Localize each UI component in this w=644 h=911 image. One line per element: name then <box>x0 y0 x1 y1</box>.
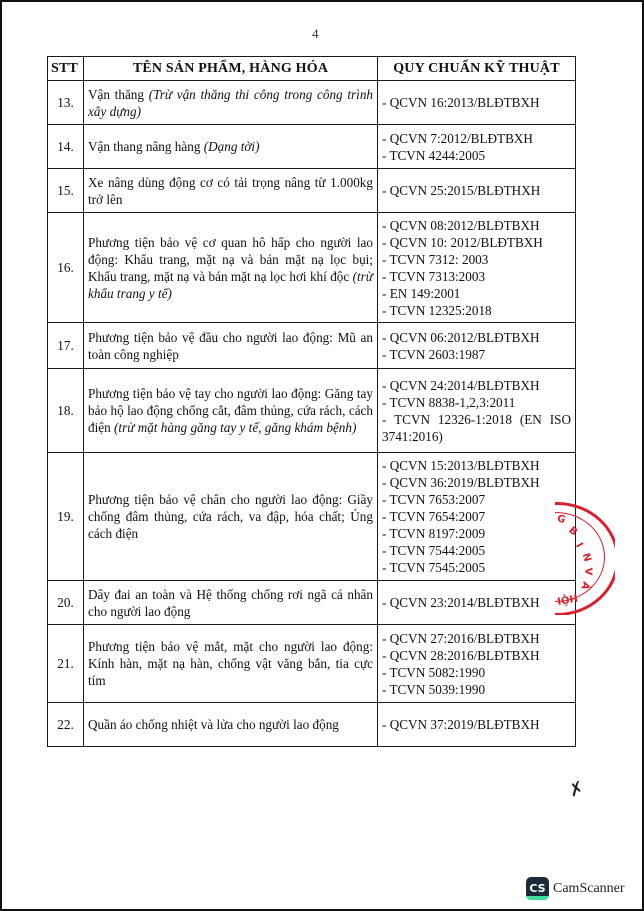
standard-code: - QCVN 08:2012/BLĐTBXH <box>382 217 571 234</box>
product-name-text: Dây đai an toàn và Hệ thống chống rơi ng… <box>88 587 373 619</box>
row-technical-standards: - QCVN 7:2012/BLĐTBXH- TCVN 4244:2005 <box>378 125 576 169</box>
header-stt: STT <box>48 57 84 81</box>
row-stt: 16. <box>48 213 84 323</box>
row-stt: 19. <box>48 453 84 581</box>
table-row: 19.Phương tiện bảo vệ chân cho người lao… <box>48 453 576 581</box>
standards-table: STT TÊN SẢN PHẨM, HÀNG HÓA QUY CHUẨN KỸ … <box>47 56 576 747</box>
row-product-name: Phương tiện bảo vệ chân cho người lao độ… <box>84 453 378 581</box>
standard-code: - QCVN 7:2012/BLĐTBXH <box>382 130 571 147</box>
row-technical-standards: - QCVN 15:2013/BLĐTBXH- QCVN 36:2019/BLĐ… <box>378 453 576 581</box>
row-product-name: Phương tiện bảo vệ mắt, mặt cho người la… <box>84 625 378 703</box>
row-product-name: Phương tiện bảo vệ tay cho người lao độn… <box>84 369 378 453</box>
row-stt: 17. <box>48 323 84 369</box>
row-stt: 22. <box>48 703 84 747</box>
camscanner-watermark: CS CamScanner <box>526 877 625 900</box>
product-name-text: Phương tiện bảo vệ mắt, mặt cho người la… <box>88 639 373 688</box>
table-row: 14.Vận thang nâng hàng (Dạng tời)- QCVN … <box>48 125 576 169</box>
standard-code: - QCVN 10: 2012/BLĐTBXH <box>382 234 571 251</box>
row-product-name: Dây đai an toàn và Hệ thống chống rơi ng… <box>84 581 378 625</box>
product-name-text: Vận thang nâng hàng <box>88 139 204 154</box>
camscanner-logo-icon: CS <box>526 877 549 900</box>
standard-code: - TCVN 7544:2005 <box>382 542 571 559</box>
row-technical-standards: - QCVN 25:2015/BLĐTHXH <box>378 169 576 213</box>
row-technical-standards: - QCVN 16:2013/BLĐTBXH <box>378 81 576 125</box>
row-product-name: Phương tiện bảo vệ cơ quan hô hấp cho ng… <box>84 213 378 323</box>
row-stt: 20. <box>48 581 84 625</box>
table-row: 18.Phương tiện bảo vệ tay cho người lao … <box>48 369 576 453</box>
table-row: 13.Vận thăng (Trừ vận thăng thi công tro… <box>48 81 576 125</box>
standard-code: - TCVN 7654:2007 <box>382 508 571 525</box>
standard-code: - TCVN 12326-1:2018 (EN ISO 3741:2016) <box>382 411 571 445</box>
standard-code: - QCVN 16:2013/BLĐTBXH <box>382 94 571 111</box>
camscanner-label: CamScanner <box>553 881 625 897</box>
row-technical-standards: - QCVN 37:2019/BLĐTBXH <box>378 703 576 747</box>
standard-code: - QCVN 24:2014/BLĐTBXH <box>382 377 571 394</box>
standard-code: - TCVN 12325:2018 <box>382 302 571 319</box>
table-header-row: STT TÊN SẢN PHẨM, HÀNG HÓA QUY CHUẨN KỸ … <box>48 57 576 81</box>
standard-code: - QCVN 36:2019/BLĐTBXH <box>382 474 571 491</box>
row-product-name: Vận thang nâng hàng (Dạng tời) <box>84 125 378 169</box>
row-technical-standards: - QCVN 06:2012/BLĐTBXH- TCVN 2603:1987 <box>378 323 576 369</box>
standard-code: - TCVN 8838-1,2,3:2011 <box>382 394 571 411</box>
table-row: 21.Phương tiện bảo vệ mắt, mặt cho người… <box>48 625 576 703</box>
standard-code: - TCVN 7313:2003 <box>382 268 571 285</box>
row-technical-standards: - QCVN 27:2016/BLĐTBXH- QCVN 28:2016/BLĐ… <box>378 625 576 703</box>
standard-code: - TCVN 5082:1990 <box>382 664 571 681</box>
standard-code: - QCVN 15:2013/BLĐTBXH <box>382 457 571 474</box>
row-stt: 13. <box>48 81 84 125</box>
standard-code: - QCVN 06:2012/BLĐTBXH <box>382 329 571 346</box>
standard-code: - QCVN 37:2019/BLĐTBXH <box>382 716 571 733</box>
product-name-text: Phương tiện bảo vệ chân cho người lao độ… <box>88 492 373 541</box>
table-row: 15.Xe nâng dùng động cơ có tải trọng nân… <box>48 169 576 213</box>
product-exclusion-note: (trừ mặt hàng găng tay y tế, găng khám b… <box>114 420 356 435</box>
standard-code: - TCVN 7545:2005 <box>382 559 571 576</box>
row-product-name: Phương tiện bảo vệ đầu cho người lao độn… <box>84 323 378 369</box>
header-technical-standard: QUY CHUẨN KỸ THUẬT <box>378 57 576 81</box>
product-name-text: Quần áo chống nhiệt và lửa cho người lao… <box>88 717 339 732</box>
row-stt: 15. <box>48 169 84 213</box>
row-technical-standards: - QCVN 24:2014/BLĐTBXH- TCVN 8838-1,2,3:… <box>378 369 576 453</box>
table-row: 20.Dây đai an toàn và Hệ thống chống rơi… <box>48 581 576 625</box>
row-technical-standards: - QCVN 23:2014/BLĐTBXH <box>378 581 576 625</box>
standard-code: - QCVN 28:2016/BLĐTBXH <box>382 647 571 664</box>
header-product-name: TÊN SẢN PHẨM, HÀNG HÓA <box>84 57 378 81</box>
row-stt: 14. <box>48 125 84 169</box>
standard-code: - TCVN 8197:2009 <box>382 525 571 542</box>
product-name-text: Xe nâng dùng động cơ có tải trọng nâng t… <box>88 175 373 207</box>
standard-code: - QCVN 25:2015/BLĐTHXH <box>382 182 571 199</box>
row-technical-standards: - QCVN 08:2012/BLĐTBXH- QCVN 10: 2012/BL… <box>378 213 576 323</box>
table-body: 13.Vận thăng (Trừ vận thăng thi công tro… <box>48 81 576 747</box>
standard-code: - TCVN 5039:1990 <box>382 681 571 698</box>
product-name-text: Phương tiện bảo vệ đầu cho người lao độn… <box>88 330 373 362</box>
standard-code: - TCVN 7653:2007 <box>382 491 571 508</box>
page-number: 4 <box>312 26 319 42</box>
table-row: 16.Phương tiện bảo vệ cơ quan hô hấp cho… <box>48 213 576 323</box>
standard-code: - TCVN 7312: 2003 <box>382 251 571 268</box>
table-row: 22.Quần áo chống nhiệt và lửa cho người … <box>48 703 576 747</box>
standard-code: - QCVN 23:2014/BLĐTBXH <box>382 594 571 611</box>
table-row: 17.Phương tiện bảo vệ đầu cho người lao … <box>48 323 576 369</box>
row-stt: 18. <box>48 369 84 453</box>
row-product-name: Vận thăng (Trừ vận thăng thi công trong … <box>84 81 378 125</box>
standard-code: - QCVN 27:2016/BLĐTBXH <box>382 630 571 647</box>
product-exclusion-note: (Dạng tời) <box>204 139 260 154</box>
row-product-name: Xe nâng dùng động cơ có tải trọng nâng t… <box>84 169 378 213</box>
standard-code: - EN 149:2001 <box>382 285 571 302</box>
product-name-text: Phương tiện bảo vệ cơ quan hô hấp cho ng… <box>88 235 373 284</box>
row-stt: 21. <box>48 625 84 703</box>
row-product-name: Quần áo chống nhiệt và lửa cho người lao… <box>84 703 378 747</box>
standard-code: - TCVN 2603:1987 <box>382 346 571 363</box>
standard-code: - TCVN 4244:2005 <box>382 147 571 164</box>
product-name-text: Vận thăng <box>88 87 149 102</box>
